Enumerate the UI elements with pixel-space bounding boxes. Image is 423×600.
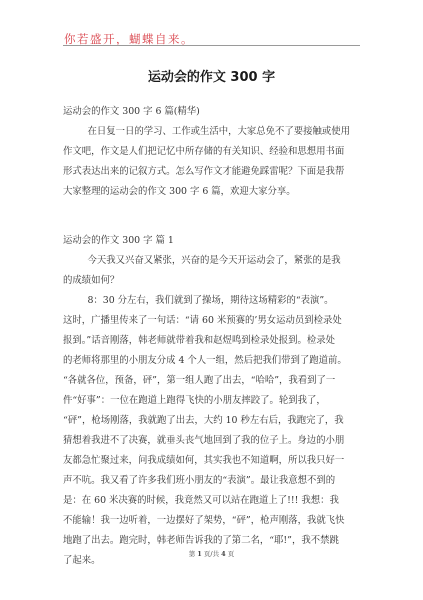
paragraph-line: 这时，广播里传来了一句话：“请 60 米预赛的’男女运动员到检录处 — [63, 314, 363, 328]
paragraph-line: 不能输！我一边听着，一边摆好了架势，“砰”，枪声刚落，我就飞快 — [63, 514, 363, 528]
section-heading: 运动会的作文 300 字 6 篇(精华) — [63, 105, 363, 119]
paragraph-line: 地跑了出去。跑完时，韩老师告诉我的了第二名，“耶!”，我不禁跳 — [63, 534, 363, 548]
paragraph-line: 是：在 60 米决赛的时候，我竟然又可以站在跑道上了!!! 我想：我 — [63, 494, 363, 508]
current-page: 1 — [197, 550, 202, 558]
paragraph-line: 友都急忙聚过来，问我成绩如何，其实我也不知道啊，所以我只好一 — [63, 454, 363, 468]
paragraph-line: 报到。”话音刚落，韩老师就带着我和赵煜鸣到检录处报到。检录处 — [63, 334, 363, 348]
paragraph-line: 形式表达出来的记叙方式。怎么写作文才能避免踩雷呢？下面是我帮 — [63, 165, 363, 179]
header-divider — [63, 45, 360, 46]
paragraph-line: 的老师将那里的小朋友分成 4 个人一组，然后把我们带到了跑道前。 — [63, 354, 363, 368]
paragraph-line: 在日复一日的学习、工作或生活中，大家总免不了要接触或使用 — [63, 125, 363, 139]
total-pages: 4 — [221, 550, 226, 558]
paragraph-line: 大家整理的运动会的作文 300 字 6 篇，欢迎大家分享。 — [63, 185, 363, 199]
paragraph-line: 作文吧，作文是人们把记忆中所存储的有关知识、经验和思想用书面 — [63, 145, 363, 159]
paragraph-line: “各就各位，预备，砰”，第一组人跑了出去，“哈哈”，我看到了一 — [63, 374, 363, 388]
paragraph-line: 声不吭。我又看了许多我们班小朋友的“表演”。最让我意想不到的 — [63, 474, 363, 488]
paragraph-line: 件“好事”：一位在跑道上跑得飞快的小朋友摔跤了。轮到我了， — [63, 394, 363, 408]
paragraph-line: 的成绩如何？ — [63, 274, 363, 288]
document-title: 运动会的作文 300 字 — [0, 66, 423, 85]
paragraph-line: 今天我又兴奋又紧张，兴奋的是今天开运动会了，紧张的是我 — [63, 254, 363, 268]
page-number-footer: 第 1 页/共 4 页 — [0, 549, 423, 558]
section-heading: 运动会的作文 300 字 篇 1 — [63, 234, 363, 248]
paragraph-line: 猜想着我进不了决赛，就垂头丧气地回到了我的位子上。身边的小朋 — [63, 434, 363, 448]
paragraph-line: 8：30 分左右，我们就到了操场，期待这场精彩的“表演”。 — [63, 294, 363, 308]
paragraph-line: “砰”，枪场刚落，我就跑了出去，大约 10 秒左右后，我跑完了，我 — [63, 414, 363, 428]
